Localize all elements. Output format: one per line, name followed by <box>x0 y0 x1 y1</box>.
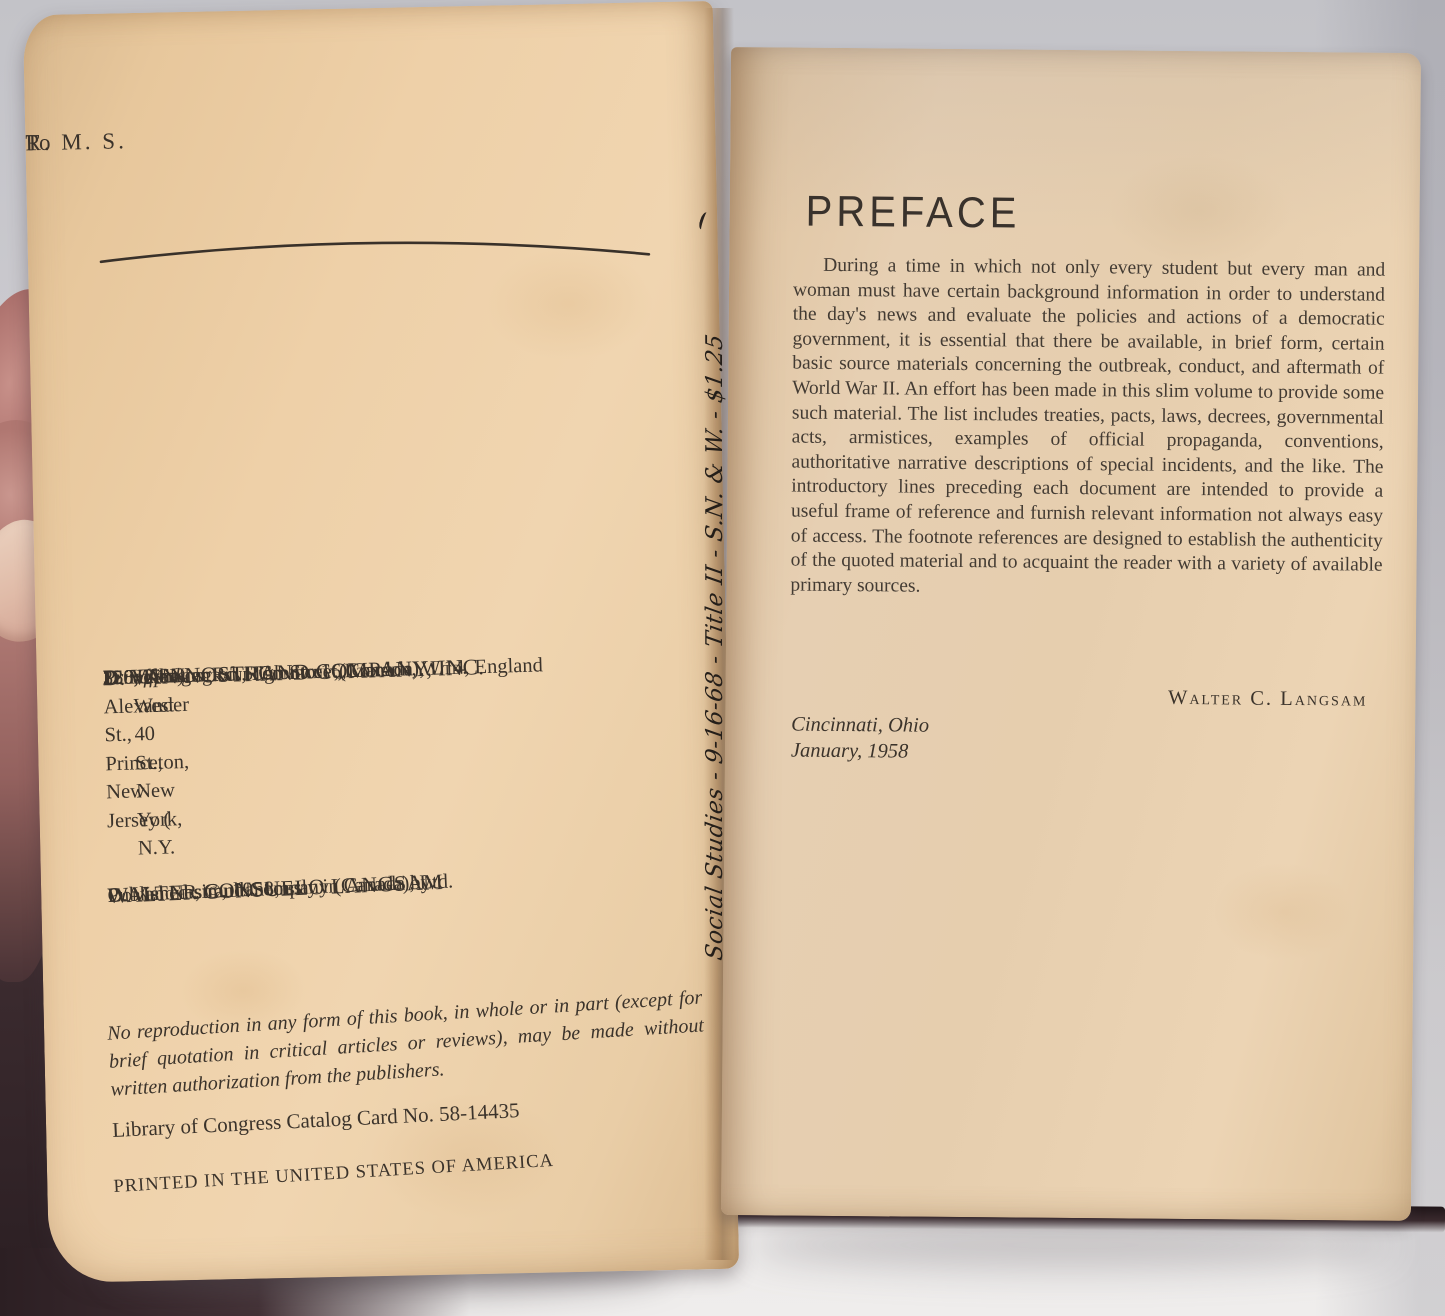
preface-page: PREFACE During a time in which not only … <box>721 47 1421 1221</box>
publisher-address-3: 358, Kensington High Street, London, W.1… <box>102 651 543 693</box>
dedication: To R. M. S. <box>25 113 715 127</box>
publisher-block: D. VAN NOSTRAND COMPANY, INC. 120 Alexan… <box>102 647 692 665</box>
preface-paragraph: During a time in which not only every st… <box>790 254 1385 603</box>
copyright-canada-publisher: D. Van Nostrand Company (Canada), Ltd. <box>107 867 454 910</box>
rights-notice: No reproduction in any form of this book… <box>106 983 706 1103</box>
dedication-initials: R. M. S. <box>25 125 127 158</box>
signature-date: January, 1958 <box>791 740 908 764</box>
author-signature: Walter C. Langsam <box>789 684 1381 712</box>
book-photo: To R. M. S. D. VAN NOSTRAND COMPANY, INC… <box>0 0 1445 1316</box>
copyright-page: To R. M. S. D. VAN NOSTRAND COMPANY, INC… <box>23 1 739 1283</box>
handwritten-inscription: Social Studies - 9-16-68 - Title II - S.… <box>702 213 734 963</box>
address-text: ; 24 West 40 St., New York, N.Y. <box>132 662 183 863</box>
signature-place: Cincinnati, Ohio <box>791 714 929 738</box>
preface-heading: PREFACE <box>805 188 1020 238</box>
horizontal-rule <box>97 226 654 278</box>
printed-in-usa-line: PRINTED IN THE UNITED STATES OF AMERICA <box>113 1142 703 1198</box>
copyright-block: Copyright, ©, 1958, by WALTER CONSUELO L… <box>107 857 696 882</box>
